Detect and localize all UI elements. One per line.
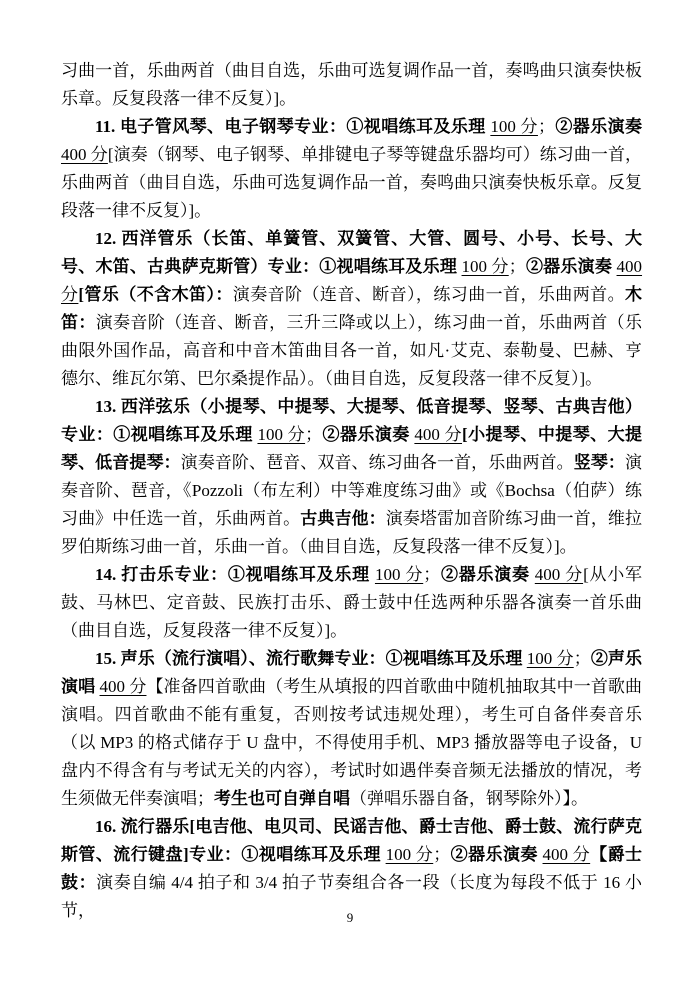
text-run-regular: ；: [574, 649, 591, 668]
text-run-regular: 习曲一首，乐曲两首（曲目自选，乐曲可选复调作品一首，奏鸣曲只演奏快板乐章。反复段…: [61, 61, 642, 108]
text-run-regular: ；: [423, 565, 440, 584]
text-run-underline: 100 分: [257, 425, 305, 444]
text-run-underline: 400 分: [100, 677, 147, 696]
text-run-bold: [管乐（不含木笛）：: [78, 285, 232, 304]
text-run-bold: ②器乐演奏: [555, 117, 642, 136]
text-run-regular: 演奏音阶（连音、断音），练习曲一首，乐曲两首。: [233, 285, 625, 304]
text-run-bold: 竖琴：: [574, 453, 625, 472]
text-run-underline: 100 分: [527, 649, 574, 668]
paragraph-item-11: 11. 电子管风琴、电子钢琴专业：①视唱练耳及乐理 100 分；②器乐演奏 40…: [61, 113, 642, 225]
text-run-bold: 15. 声乐（流行演唱）、流行歌舞专业：①视唱练耳及乐理: [95, 649, 527, 668]
paragraph-item-12: 12. 西洋管乐（长笛、单簧管、双簧管、大管、圆号、小号、长号、大号、木笛、古典…: [61, 225, 642, 393]
text-run-regular: 演奏音阶（连音、断音，三升三降或以上），练习曲一首，乐曲两首（乐曲限外国作品，高…: [61, 313, 642, 388]
text-run-underline: 400 分: [61, 145, 108, 164]
page-number: 9: [0, 908, 700, 928]
paragraph-item-14: 14. 打击乐专业：①视唱练耳及乐理 100 分；②器乐演奏 400 分[从小军…: [61, 561, 642, 645]
paragraph-item-13: 13. 西洋弦乐（小提琴、中提琴、大提琴、低音提琴、竖琴、古典吉他）专业：①视唱…: [61, 393, 642, 561]
text-run-bold: 11. 电子管风琴、电子钢琴专业：①视唱练耳及乐理: [95, 117, 490, 136]
text-run-regular: ；: [305, 425, 322, 444]
document-page: { "footer": { "page_number": "9" }, "par…: [0, 0, 700, 990]
text-run-bold: 14. 打击乐专业：①视唱练耳及乐理: [95, 565, 375, 584]
text-run-underline: 100 分: [490, 117, 538, 136]
text-run-bold: ②器乐演奏: [322, 425, 414, 444]
text-run-bold: ②器乐演奏: [450, 845, 542, 864]
text-run-underline: 400 分: [535, 565, 583, 584]
text-run-regular: ；: [509, 257, 526, 276]
text-run-underline: 400 分: [414, 425, 462, 444]
paragraph-item-15: 15. 声乐（流行演唱）、流行歌舞专业：①视唱练耳及乐理 100 分；②声乐演唱…: [61, 645, 642, 813]
text-run-bold: ②器乐演奏: [526, 257, 617, 276]
text-run-underline: 100 分: [386, 845, 434, 864]
text-run-regular: [演奏（钢琴、电子钢琴、单排键电子琴等键盘乐器均可）练习曲一首，乐曲两首（曲目自…: [61, 145, 642, 220]
text-run-bold: ②器乐演奏: [440, 565, 535, 584]
text-run-underline: 100 分: [462, 257, 509, 276]
paragraph-continuation: 习曲一首，乐曲两首（曲目自选，乐曲可选复调作品一首，奏鸣曲只演奏快板乐章。反复段…: [61, 57, 642, 113]
text-run-regular: 演奏音阶、琶音、双音、练习曲各一首，乐曲两首。: [181, 453, 574, 472]
text-run-regular: ；: [538, 117, 555, 136]
text-run-underline: 100 分: [375, 565, 423, 584]
text-run-bold: 考生也可自弹自唱: [214, 789, 350, 808]
text-run-underline: 400 分: [543, 845, 591, 864]
text-run-bold: 古典吉他：: [300, 509, 385, 528]
text-run-regular: （弹唱乐器自备，钢琴除外）】。: [350, 789, 588, 808]
document-body: 习曲一首，乐曲两首（曲目自选，乐曲可选复调作品一首，奏鸣曲只演奏快板乐章。反复段…: [61, 57, 642, 925]
text-run-regular: ；: [433, 845, 450, 864]
